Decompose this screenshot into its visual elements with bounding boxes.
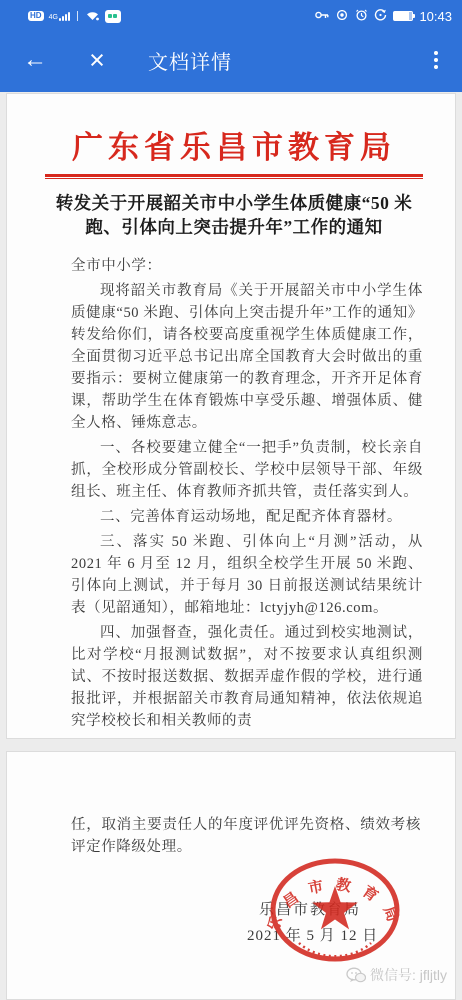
hd-icon: HD (28, 11, 44, 21)
document-page-1[interactable]: 广东省乐昌市教育局 转发关于开展韶关市中小学生体质健康“50 米跑、引体向上突击… (6, 93, 456, 739)
letterhead-rule (45, 174, 423, 179)
paragraph: 四、加强督查，强化责任。通过到校实地测试，比对学校“月报测试数据”，对不按要求认… (71, 622, 423, 732)
wechat-watermark: 微信号: jfljtly (346, 965, 447, 985)
salutation: 全市中小学： (71, 255, 423, 277)
paragraph: 三、落实 50 米跑、引体向上“月测”活动，从 2021 年 6 月至 12 月… (71, 531, 423, 619)
paragraph: 现将韶关市教育局《关于开展韶关市中小学生体质健康“50 米跑、引体向上突击提升年… (71, 280, 423, 434)
status-divider (77, 11, 78, 21)
document-page-2[interactable]: 任，取消主要责任人的年度评优评先资格、绩效考核评定作降级处理。 乐昌市教育局 2… (6, 751, 456, 1000)
phone-screen: HD 4G (0, 0, 462, 1000)
letterhead-title: 广东省乐昌市教育局 (45, 122, 423, 167)
official-seal: 乐昌市教育局 (265, 854, 405, 966)
app-chrome: HD 4G (0, 0, 462, 92)
overflow-menu-icon[interactable] (428, 45, 444, 75)
signal-4g-icon: 4G (49, 12, 70, 21)
battery-icon (393, 11, 413, 21)
key-icon (315, 10, 329, 23)
close-icon[interactable]: × (80, 47, 114, 74)
page-title: 文档详情 (148, 46, 232, 75)
messenger-badge-icon (105, 10, 121, 23)
document-title: 转发关于开展韶关市中小学生体质健康“50 米跑、引体向上突击提升年”工作的通知 (45, 191, 423, 239)
data-sync-icon (374, 9, 387, 24)
document-body: 全市中小学： 现将韶关市教育局《关于开展韶关市中小学生体质健康“50 米跑、引体… (71, 255, 423, 732)
paragraph-continuation: 任，取消主要责任人的年度评优评先资格、绩效考核评定作降级处理。 (71, 814, 421, 858)
watermark-label: 微信号: jfljtly (370, 965, 447, 985)
wechat-icon (346, 967, 366, 984)
paragraph: 二、完善体育运动场地，配足配齐体育器材。 (71, 506, 423, 528)
status-bar: HD 4G (0, 0, 462, 28)
alarm-clock-icon (355, 9, 368, 24)
status-time: 10:43 (419, 9, 452, 24)
paragraph: 一、各校要建立健全“一把手”负责制，校长亲自抓，全校形成分管副校长、学校中层领导… (71, 437, 423, 503)
back-icon[interactable]: ← (18, 48, 52, 72)
eye-icon (335, 10, 349, 23)
document-body-continued: 任，取消主要责任人的年度评优评先资格、绩效考核评定作降级处理。 (71, 814, 421, 858)
nav-bar: ← × 文档详情 (0, 28, 462, 92)
wifi-icon (85, 9, 100, 24)
